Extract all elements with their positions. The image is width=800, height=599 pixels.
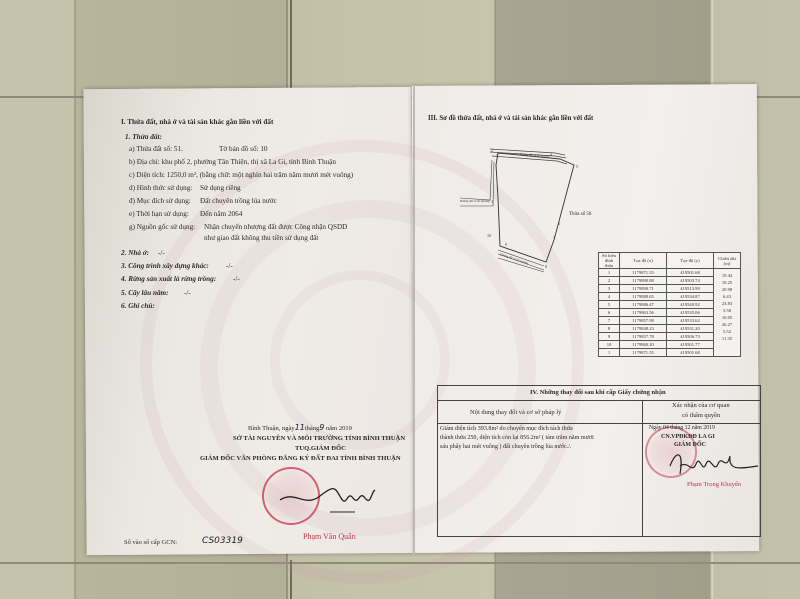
vertex-id-cell: 10	[599, 341, 620, 349]
coord-y-cell: 419506.73	[667, 333, 714, 341]
section-title-land: I. Thửa đất, nhà ở và tài sản khác gắn l…	[121, 119, 273, 126]
svg-text:8: 8	[545, 264, 547, 269]
coord-y-cell: 419540.92	[667, 301, 714, 309]
parcel-number: a) Thửa đất số: 51.	[129, 146, 183, 153]
coord-y-cell: 419531.20	[667, 325, 714, 333]
length-cell: 11.35	[716, 335, 738, 342]
vertex-id-cell: 3	[599, 285, 620, 293]
term-label: e) Thời hạn sử dụng:	[129, 211, 189, 218]
change-content-line-3: sáu phẩy hai mét vuông ) đất chuyên trồn…	[440, 444, 571, 450]
length-cell: 10.25	[716, 279, 738, 286]
coord-y-cell: 419513.99	[667, 285, 714, 293]
parcel-address: b) Địa chỉ: khu phố 2, phường Tân Thiện,…	[129, 159, 336, 166]
use-form-value: Sử dụng riêng	[200, 185, 241, 192]
col-header-content: Nội dung thay đổi và cơ sở pháp lý	[470, 410, 561, 417]
purpose-label: đ) Mục đích sử dụng:	[129, 198, 191, 205]
coord-y-cell: 419534.87	[667, 293, 714, 301]
subsection-parcel: 1. Thửa đất:	[125, 134, 162, 141]
term-value: Đến năm 2064	[200, 211, 242, 218]
col-header-vertex: Số hiệu đỉnh thửa	[599, 253, 620, 269]
vertex-id-cell: 7	[599, 317, 620, 325]
item-perennial-label: 5. Cây lâu năm:	[121, 290, 169, 297]
confirm-signature	[662, 446, 762, 486]
floor-seam	[290, 0, 292, 92]
svg-text:7: 7	[553, 235, 555, 240]
coord-x-cell: 1179886.47	[620, 301, 667, 309]
coord-x-cell: 1179863.56	[620, 309, 667, 317]
item-notes-label: 6. Ghi chú:	[121, 303, 155, 310]
vertex-id-cell: 6	[599, 309, 620, 317]
change-content-line-1: Giảm diện tích 393.8m² do chuyển mục đíc…	[440, 426, 573, 432]
col-header-confirm-2: có thẩm quyền	[682, 413, 720, 420]
coord-x-cell: 1179857.78	[620, 333, 667, 341]
map-sheet: Tờ bản đồ số: 10	[219, 146, 268, 153]
svg-text:6: 6	[558, 221, 560, 226]
coordinate-table: Số hiệu đỉnh thửa Tọa độ (x) Tọa độ (y) …	[598, 252, 741, 357]
item-forest-label: 4. Rừng sản xuất là rừng trồng:	[121, 276, 216, 283]
coord-x-cell: 1179871.55	[620, 349, 667, 357]
svg-text:3: 3	[496, 153, 498, 158]
changes-title: IV. Những thay đổi sau khi cấp Giấy chứn…	[530, 390, 666, 397]
col-header-x: Tọa độ (x)	[620, 253, 667, 269]
svg-text:5: 5	[576, 164, 578, 169]
coord-x-cell: 1179890.71	[620, 285, 667, 293]
item-construction-value: -/-	[226, 263, 233, 270]
col-header-length: Chiều dài (m)	[714, 253, 741, 269]
coord-y-cell: 419533.62	[667, 317, 714, 325]
vertex-id-cell: 1	[599, 269, 620, 277]
length-cell: 20.98	[716, 286, 738, 293]
coord-y-cell: 419535.06	[667, 309, 714, 317]
svg-text:4: 4	[550, 152, 552, 157]
section-title-diagram: III. Sơ đồ thửa đất, nhà ở và tài sản kh…	[428, 116, 593, 123]
purpose-value: Đất chuyên trồng lúa nước	[200, 198, 277, 205]
registry-label: Số vào sổ cấp GCN:	[124, 540, 177, 547]
changes-table: IV. Những thay đổi sau khi cấp Giấy chứn…	[437, 385, 761, 537]
registry-number: CS03319	[202, 537, 243, 546]
issue-date: Bình Thuận, ngày11tháng9 năm 2019	[248, 424, 352, 433]
vertex-id-cell: 4	[599, 293, 620, 301]
svg-text:10: 10	[487, 233, 491, 238]
origin-label: g) Nguồn gốc sử dụng:	[129, 224, 195, 231]
confirm-org: CN.VPĐKĐĐ LA GI	[661, 434, 715, 440]
neighbor-parcel-label: Thửa số 56	[569, 212, 591, 217]
confirm-date: Ngày 04 tháng 12 năm 2019	[649, 426, 715, 432]
svg-text:Đường đất và bờ mương: Đường đất và bờ mương	[520, 152, 550, 158]
col-header-confirm-1: Xác nhận của cơ quan	[672, 403, 730, 410]
coord-x-cell: 1179871.55	[620, 269, 667, 277]
parcel-area: c) Diện tích: 1250,0 m², (bằng chữ: một …	[129, 172, 353, 179]
coordinate-row: 11179871.55419501.6819.4410.2520.986.432…	[599, 269, 741, 277]
item-house-value: -/-	[158, 250, 165, 257]
change-content-line-2: thành thửa 250, diện tích còn lại 856.2m…	[440, 435, 594, 441]
length-cell: 23.83	[716, 300, 738, 307]
issue-month: 9	[319, 423, 324, 432]
vertex-id-cell: 2	[599, 277, 620, 285]
signature-scribble	[275, 470, 385, 520]
svg-text:9: 9	[505, 242, 507, 247]
item-forest-value: -/-	[233, 276, 240, 283]
vertex-id-cell: 1	[599, 349, 620, 357]
item-construction-label: 3. Công trình xây dựng khác:	[121, 263, 209, 270]
confirm-signer: Phạm Trọng Khuyến	[687, 482, 741, 489]
coord-x-cell: 1179890.88	[620, 277, 667, 285]
col-header-y: Tọa độ (y)	[667, 253, 714, 269]
coord-x-cell: 1179888.65	[620, 293, 667, 301]
length-cell: 10.05	[716, 314, 738, 321]
tuq-director: TUQ.GIÁM ĐỐC	[295, 446, 346, 453]
origin-value-1: Nhận chuyển nhượng đất được Công nhận QS…	[204, 224, 347, 231]
item-house-label: 2. Nhà ở:	[121, 250, 149, 257]
coord-y-cell: 419503.74	[667, 277, 714, 285]
svg-text:1: 1	[491, 199, 493, 204]
signer-name-left: Phạm Văn Quân	[303, 533, 356, 541]
length-cell: 6.43	[716, 293, 738, 300]
parcel-diagram: 2 3 4 5 6 7 8 9 10 1 Đường đất và bờ mươ…	[440, 140, 600, 280]
length-cell: 19.44	[716, 272, 738, 279]
length-cell: 5.52	[716, 328, 738, 335]
coord-y-cell: 419501.68	[667, 349, 714, 357]
coord-x-cell: 1179860.20	[620, 341, 667, 349]
vertex-id-cell: 5	[599, 301, 620, 309]
coord-x-cell: 1179857.98	[620, 317, 667, 325]
origin-value-2: như giao đất không thu tiền sử dụng đất	[204, 235, 318, 242]
item-perennial-value: -/-	[184, 290, 191, 297]
svg-text:Đường đất và bờ mương: Đường đất và bờ mương	[460, 199, 490, 203]
length-cell: 5.58	[716, 307, 738, 314]
svg-text:2: 2	[491, 148, 493, 153]
vertex-id-cell: 8	[599, 325, 620, 333]
coord-y-cell: 419501.77	[667, 341, 714, 349]
coord-x-cell: 1179848.23	[620, 325, 667, 333]
issue-day: 11	[295, 423, 305, 432]
length-column: 19.4410.2520.986.4323.835.5810.0526.275.…	[714, 269, 741, 357]
issuing-org: SỞ TÀI NGUYÊN VÀ MÔI TRƯỜNG TỈNH BÌNH TH…	[233, 436, 405, 443]
changes-title-row: IV. Những thay đổi sau khi cấp Giấy chứn…	[438, 386, 760, 401]
coord-y-cell: 419501.68	[667, 269, 714, 277]
vertex-id-cell: 9	[599, 333, 620, 341]
use-form-label: d) Hình thức sử dụng:	[129, 185, 192, 192]
director-title: GIÁM ĐỐC VĂN PHÒNG ĐĂNG KÝ ĐẤT ĐAI TỈNH …	[200, 456, 401, 463]
length-cell: 26.27	[716, 321, 738, 328]
